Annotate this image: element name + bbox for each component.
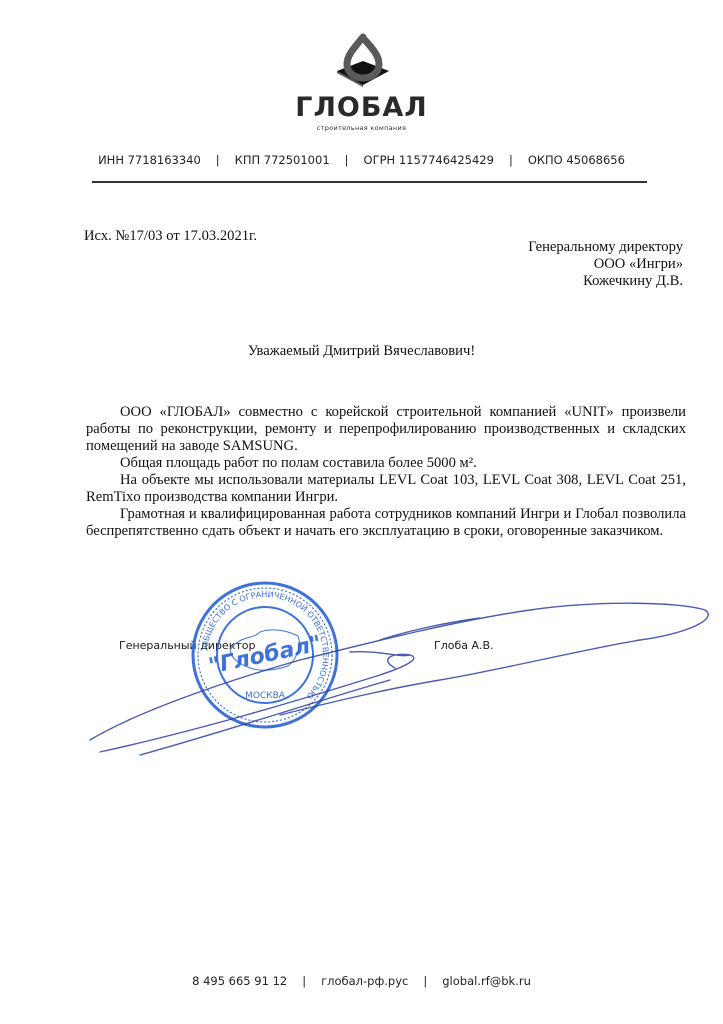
kpp-value: КПП 772501001 (235, 153, 330, 167)
addressee-line: Генеральному директору (528, 239, 683, 256)
ogrn-value: ОГРН 1157746425429 (364, 153, 494, 167)
footer-contacts: 8 495 665 91 12|глобал-рф.рус|global.rf@… (0, 974, 723, 988)
header-divider (92, 181, 647, 183)
drop-on-square-logo-icon (333, 33, 393, 89)
body-paragraph: На объекте мы использовали материалы LEV… (86, 472, 686, 506)
company-tagline: строительная компания (0, 124, 723, 132)
footer-email: global.rf@bk.ru (442, 974, 531, 988)
separator: | (423, 974, 427, 988)
company-logo-title: ГЛОБАЛ (0, 92, 723, 123)
separator: | (345, 153, 349, 167)
addressee-block: Генеральному директору ООО «Ингри» Кожеч… (528, 239, 683, 290)
separator: | (216, 153, 220, 167)
addressee-line: ООО «Ингри» (528, 256, 683, 273)
separator: | (302, 974, 306, 988)
handwritten-signature (80, 580, 720, 760)
okpo-value: ОКПО 45068656 (528, 153, 625, 167)
body-paragraph: Грамотная и квалифицированная работа сот… (86, 506, 686, 540)
footer-phone: 8 495 665 91 12 (192, 974, 287, 988)
separator: | (509, 153, 513, 167)
addressee-line: Кожечкину Д.В. (528, 273, 683, 290)
company-requisites: ИНН 7718163340|КПП 772501001|ОГРН 115774… (0, 153, 723, 167)
letter-body: ООО «ГЛОБАЛ» совместно с корейской строи… (86, 404, 686, 540)
inn-value: ИНН 7718163340 (98, 153, 201, 167)
outgoing-reference: Исх. №17/03 от 17.03.2021г. (84, 228, 257, 245)
footer-website: глобал-рф.рус (321, 974, 408, 988)
body-paragraph: Общая площадь работ по полам составила б… (86, 455, 686, 472)
body-paragraph: ООО «ГЛОБАЛ» совместно с корейской строи… (86, 404, 686, 455)
salutation: Уважаемый Дмитрий Вячеславович! (0, 343, 723, 360)
